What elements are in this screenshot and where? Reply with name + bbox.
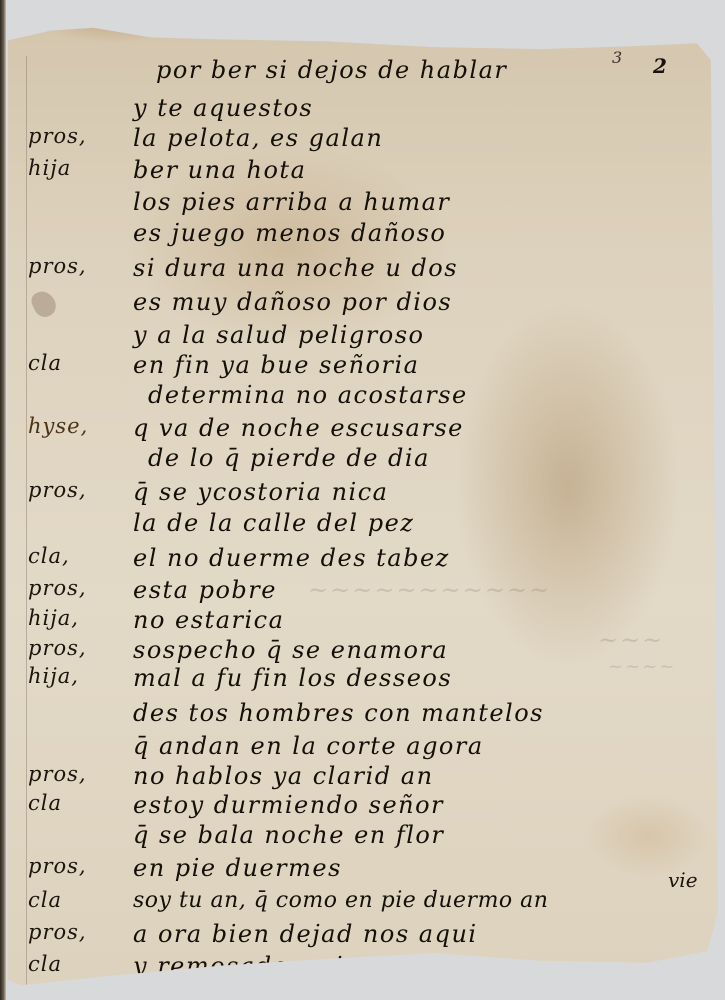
- verse-text: no estarica: [133, 606, 284, 634]
- manuscript-line: hija, no estarica: [8, 606, 718, 636]
- speaker-label: hija,: [28, 664, 118, 688]
- manuscript-line: es muy dañoso por dios: [8, 288, 718, 318]
- manuscript-line: pros, a ora bien dejad nos aqui: [8, 920, 718, 950]
- speaker-label: pros,: [28, 920, 118, 944]
- verse-text: el no duerme des tabez: [133, 544, 450, 572]
- manuscript-line: cla estoy durmiendo señor: [8, 791, 718, 821]
- manuscript-line: hija ber una hota: [8, 156, 718, 186]
- verse-text: la pelota, es galan: [133, 124, 383, 152]
- manuscript-line: des tos hombres con mantelos: [8, 699, 718, 729]
- interlinear-note: vie: [668, 868, 698, 892]
- manuscript-line: determina no acostarse: [8, 381, 718, 411]
- verse-text: a ora bien dejad nos aqui: [133, 920, 478, 948]
- speaker-label: hyse,: [28, 414, 118, 438]
- manuscript-line: pros, sospecho q̄ se enamora: [8, 636, 718, 666]
- manuscript-line: pros, si dura una noche u dos: [8, 254, 718, 284]
- verse-text: soy tu an, q̄ como en pie duermo an: [133, 888, 548, 913]
- speaker-label: pros,: [28, 478, 118, 502]
- verse-text: ber una hota: [133, 156, 306, 184]
- verse-text: es juego menos dañoso: [133, 219, 446, 247]
- verse-text: y te aquestos: [133, 94, 313, 122]
- speaker-label: cla: [28, 791, 118, 815]
- speaker-label: cla: [28, 952, 118, 976]
- manuscript-line: hyse, q va de noche escusarse: [8, 414, 718, 444]
- verse-text: q̄ andan en la corte agora: [133, 732, 484, 760]
- verse-text: de lo q̄ pierde de dia: [148, 444, 430, 472]
- manuscript-line: por ber si dejos de hablar: [8, 56, 718, 86]
- manuscript-line: cla soy tu an, q̄ como en pie duermo an: [8, 888, 718, 918]
- speaker-label: pros,: [28, 124, 118, 148]
- speaker-label: pros,: [28, 636, 118, 660]
- manuscript-line: cla en fin ya bue señoria: [8, 351, 718, 381]
- verse-text: q̄ se ycostoria nica: [133, 478, 388, 506]
- manuscript-line: q̄ andan en la corte agora: [8, 732, 718, 762]
- verse-text: q̄ se bala noche en flor: [133, 821, 444, 849]
- verse-text: los pies arriba a humar: [133, 188, 450, 216]
- manuscript-line: q̄ se bala noche en flor: [8, 821, 718, 851]
- verse-text: sospecho q̄ se enamora: [133, 636, 448, 664]
- manuscript-line: y te aquestos: [8, 94, 718, 124]
- speaker-label: cla,: [28, 544, 118, 568]
- verse-text: y remosador mir: [133, 952, 357, 980]
- verse-text: en pie duermes: [133, 854, 342, 882]
- speaker-label: pros,: [28, 854, 118, 878]
- verse-text: determina no acostarse: [148, 381, 468, 409]
- manuscript-line: la de la calle del pez: [8, 509, 718, 539]
- verse-text: la de la calle del pez: [133, 509, 414, 537]
- manuscript-line: y a la salud peligroso: [8, 321, 718, 351]
- verse-text: q va de noche escusarse: [133, 414, 464, 442]
- manuscript-line: de lo q̄ pierde de dia: [8, 444, 718, 474]
- manuscript-line: pros, q̄ se ycostoria nica: [8, 478, 718, 508]
- manuscript-line: pros, no hablos ya clarid an: [8, 762, 718, 792]
- manuscript-line: hija, mal a fu fin los desseos: [8, 664, 718, 694]
- manuscript-line: los pies arriba a humar: [8, 188, 718, 218]
- manuscript-line: cla, el no duerme des tabez: [8, 544, 718, 574]
- manuscript-page: ~~~ ~~~~ ~~~~~~~~~~~ 3 2 por ber si dejo…: [8, 16, 718, 990]
- book-binding-edge: [0, 0, 6, 1000]
- verse-text: en fin ya bue señoria: [133, 351, 419, 379]
- verse-text: esta pobre: [133, 576, 277, 604]
- verse-text: des tos hombres con mantelos: [133, 699, 544, 727]
- verse-text: mal a fu fin los desseos: [133, 664, 452, 692]
- speaker-label: pros,: [28, 576, 118, 600]
- speaker-label: hija: [28, 156, 118, 180]
- manuscript-line: es juego menos dañoso: [8, 219, 718, 249]
- verse-text: si dura una noche u dos: [133, 254, 458, 282]
- speaker-label: cla: [28, 888, 118, 912]
- verse-text: es muy dañoso por dios: [133, 288, 452, 316]
- manuscript-line: cla y remosador mir: [8, 952, 718, 982]
- verse-text: no hablos ya clarid an: [133, 762, 434, 790]
- speaker-label: cla: [28, 351, 118, 375]
- speaker-label: pros,: [28, 254, 118, 278]
- speaker-label: hija,: [28, 606, 118, 630]
- manuscript-line: pros, esta pobre: [8, 576, 718, 606]
- speaker-label: pros,: [28, 762, 118, 786]
- verse-text: y a la salud peligroso: [133, 321, 424, 349]
- manuscript-line: pros, la pelota, es galan: [8, 124, 718, 154]
- manuscript-line: pros, en pie duermes: [8, 854, 718, 884]
- verse-text: por ber si dejos de hablar: [156, 56, 507, 84]
- verse-text: estoy durmiendo señor: [133, 791, 444, 819]
